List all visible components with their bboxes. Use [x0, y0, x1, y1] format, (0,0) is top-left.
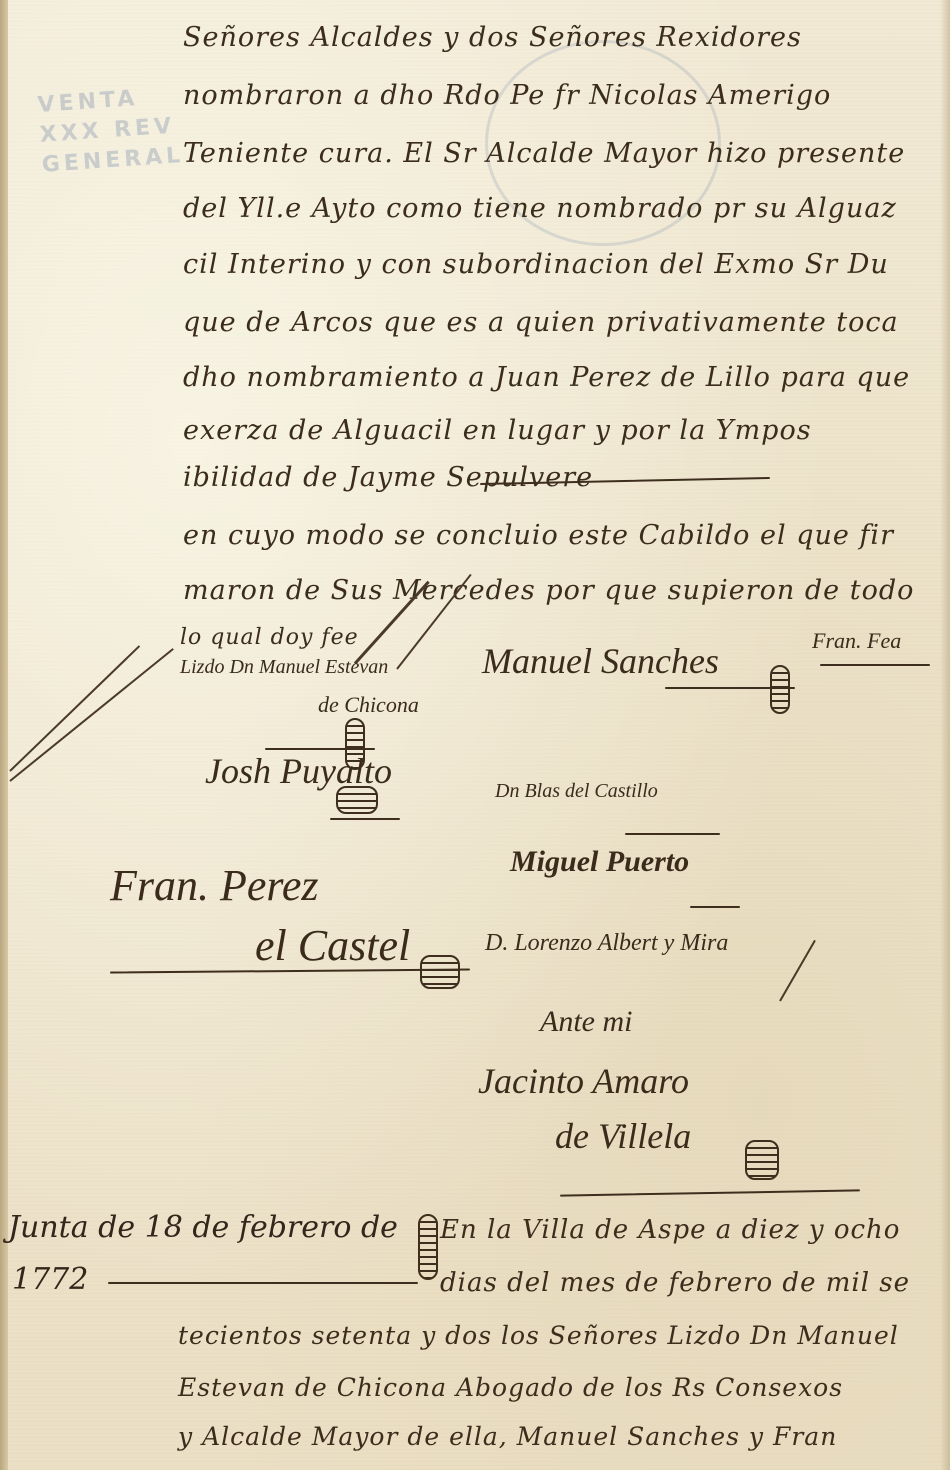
signature: Fran. Fea	[812, 628, 901, 654]
signature-flourish	[110, 968, 470, 973]
signature: Manuel Sanches	[482, 640, 719, 682]
body-line: Teniente cura. El Sr Alcalde Mayor hizo …	[183, 138, 905, 169]
body-line: lo qual doy fee	[180, 625, 359, 650]
body-line: dho nombramiento a Juan Perez de Lillo p…	[183, 362, 910, 393]
body-line: que de Arcos que es a quien privativamen…	[183, 307, 899, 338]
signature-underline	[625, 833, 720, 835]
signature-underline	[690, 906, 740, 908]
signature: Ante mi	[540, 1005, 632, 1039]
entry-line: y Alcalde Mayor de ella, Manuel Sanches …	[178, 1422, 837, 1451]
manuscript-page: VENTA XXX REV GENERAL Señores Alcaldes y…	[0, 0, 950, 1470]
diagonal-pen-stroke	[9, 645, 140, 771]
signature-rubric	[745, 1140, 779, 1180]
signature: de Villela	[555, 1115, 691, 1157]
margin-note-rubric	[418, 1214, 438, 1280]
signature-flourish	[560, 1189, 860, 1196]
margin-note-year: 1772	[12, 1262, 88, 1297]
signature-underline	[330, 818, 400, 820]
signature-underline	[665, 687, 795, 689]
body-line: cil Interino y con subordinacion del Exm…	[183, 249, 889, 280]
body-line: ibilidad de Jayme Sepulvere	[183, 462, 593, 493]
signature-underline	[820, 664, 930, 666]
book-spine	[0, 0, 8, 1470]
signature: D. Lorenzo Albert y Mira	[485, 930, 728, 957]
entry-line: dias del mes de febrero de mil se	[440, 1268, 910, 1298]
signature: Dn Blas del Castillo	[495, 780, 658, 803]
body-line: exerza de Alguacil en lugar y por la Ymp…	[183, 415, 812, 446]
body-line: maron de Sus Mercedes por que supieron d…	[183, 575, 914, 606]
entry-line: tecientos setenta y dos los Señores Lizd…	[178, 1321, 899, 1350]
entry-line: En la Villa de Aspe a diez y ocho	[440, 1215, 900, 1245]
diagonal-pen-stroke	[9, 648, 173, 782]
signature-flourish	[779, 940, 816, 1002]
signature: el Castel	[255, 920, 410, 971]
signature-rubric	[336, 786, 378, 814]
margin-note-rule	[108, 1282, 418, 1284]
body-line: Señores Alcaldes y dos Señores Rexidores	[183, 22, 802, 53]
signature: Jacinto Amaro	[478, 1060, 689, 1102]
signature: Fran. Perez	[110, 860, 319, 911]
signature: Lizdo Dn Manuel Estevan	[180, 656, 388, 679]
body-line: del Yll.e Ayto como tiene nombrado pr su…	[183, 193, 897, 224]
body-line: en cuyo modo se concluio este Cabildo el…	[183, 520, 894, 551]
signature: de Chicona	[318, 692, 419, 718]
entry-line: Estevan de Chicona Abogado de los Rs Con…	[178, 1373, 843, 1402]
body-line: nombraron a dho Rdo Pe fr Nicolas Amerig…	[183, 80, 831, 111]
signature: Miguel Puerto	[510, 845, 689, 879]
margin-note-title: Junta de 18 de febrero de	[8, 1210, 398, 1245]
page-edge	[940, 0, 950, 1470]
signature-rubric	[420, 955, 460, 989]
signature-rubric	[770, 665, 790, 714]
